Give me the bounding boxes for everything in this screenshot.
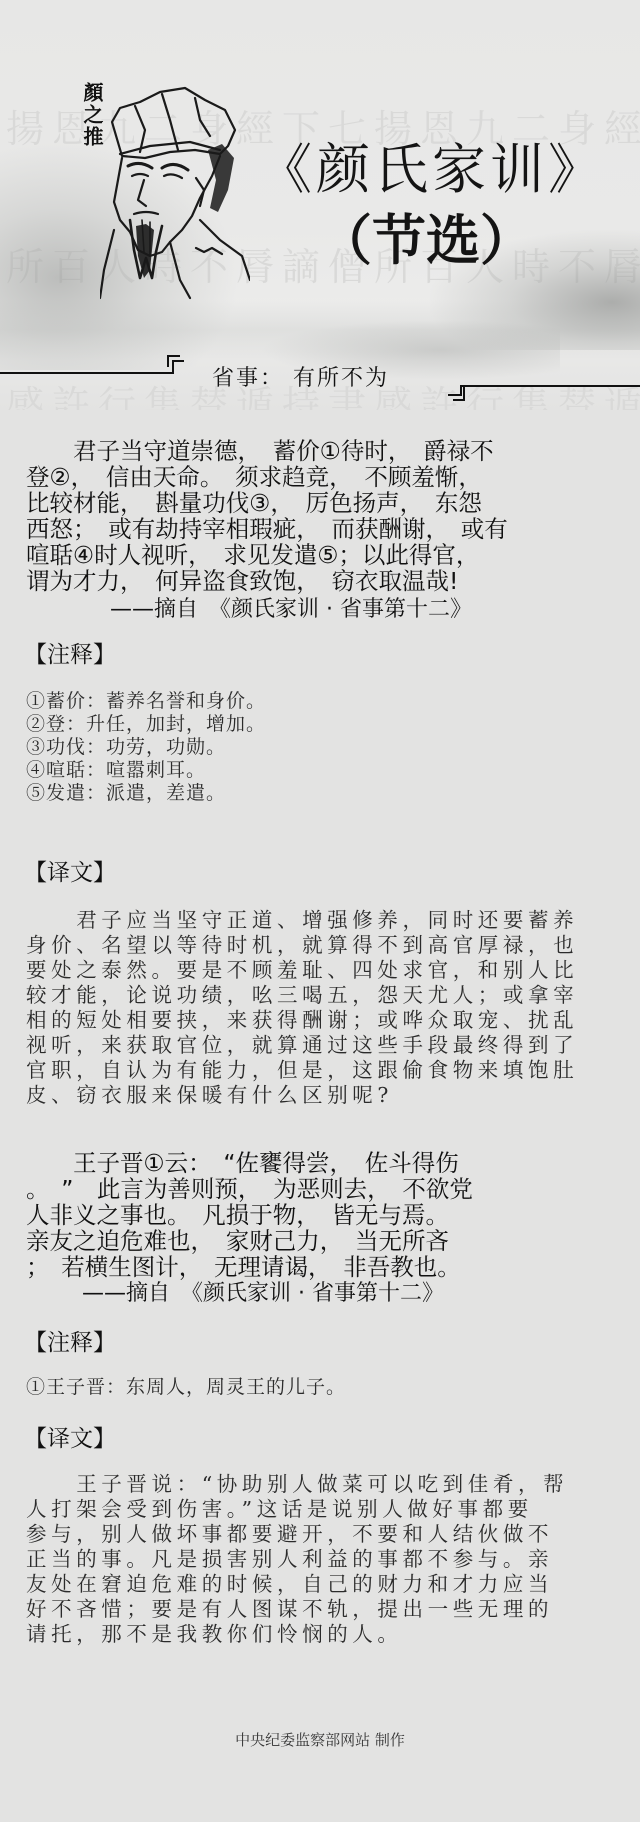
- text-line: 谓为才力， 何异盗食致饱， 窃衣取温哉!: [26, 568, 626, 594]
- chapter-title: 省事： 有所不为: [212, 364, 452, 394]
- divider-line-left: [0, 372, 172, 374]
- source-citation-1: ——摘自 《颜氏家训 · 省事第十二》: [110, 596, 630, 624]
- notes-heading-1: 【注释】: [24, 640, 116, 670]
- text-line: 要处之泰然。要是不顾羞耻、四处求官，和别人比: [26, 958, 626, 983]
- notes-heading-2: 【注释】: [24, 1328, 116, 1358]
- text-line: 比较材能， 斟量功伐③， 厉色扬声， 东怨: [26, 490, 626, 516]
- text-line: 视听，来获取官位，就算通过这些手段最终得到了: [26, 1033, 626, 1058]
- page-title: 《颜氏家训》: [258, 138, 618, 202]
- source-citation-2: ——摘自 《颜氏家训 · 省事第十二》: [82, 1280, 602, 1308]
- note-item: ②登：升任，加封，增加。: [26, 713, 526, 736]
- text-line: 人打架会受到伤害。”这话是说别人做好事都要: [26, 1497, 626, 1522]
- text-line: 君子应当坚守正道、增强修养，同时还要蓄养: [26, 908, 626, 933]
- text-line: 相的短处相要挟，来获得酬谢；或哗众取宠、扰乱: [26, 1008, 626, 1033]
- portrait-illustration: [100, 80, 250, 300]
- text-line: 皮、窃衣服来保暖有什么区别呢?: [26, 1083, 626, 1108]
- text-line: 亲友之迫危难也， 家财己力， 当无所吝: [26, 1228, 626, 1254]
- text-line: 友处在窘迫危难的时候，自己的财力和才力应当: [26, 1572, 626, 1597]
- text-line: 请托，那不是我教你们怜悯的人。: [26, 1622, 626, 1647]
- translation-heading-2: 【译文】: [24, 1424, 116, 1454]
- original-text-2: 王子晋①云： “佐饔得尝， 佐斗得伤 。 ” 此言为善则预， 为恶则去， 不欲党…: [26, 1150, 626, 1280]
- text-line: 参与，别人做坏事都要避开，不要和人结伙做不: [26, 1522, 626, 1547]
- text-line: ； 若横生图计， 无理请谒， 非吾教也。: [26, 1254, 626, 1280]
- divider-line-right: [460, 385, 640, 387]
- corner-bracket-close-inner: [453, 385, 465, 401]
- note-item: ③功伐：功劳，功勋。: [26, 736, 526, 759]
- header-banner: 揚恩九二身經下七揚恩九二身經下七 所百人時不脣謫僧所百人時不脣謫僧 感許行集替遁…: [0, 0, 640, 410]
- notes-list-1: ①蓄价：蓄养名誉和身价。 ②登：升任，加封，增加。 ③功伐：功劳，功勋。 ④喧聒…: [26, 690, 526, 805]
- footer-credit: 中央纪委监察部网站 制作: [0, 1730, 640, 1750]
- chapter-header: 省事： 有所不为: [0, 350, 640, 410]
- text-line: 王子晋说：“协助别人做菜可以吃到佳肴，帮: [26, 1472, 626, 1497]
- text-line: 登②， 信由天命。 须求趋竞， 不顾羞惭，: [26, 464, 626, 490]
- page-subtitle: （节选）: [318, 208, 518, 272]
- text-line: 喧聒④时人视听， 求见发遣⑤；以此得官，: [26, 542, 626, 568]
- portrait-label: 顏之推: [80, 82, 106, 148]
- original-text-1: 君子当守道崇德， 蓄价①待时， 爵禄不 登②， 信由天命。 须求趋竞， 不顾羞惭…: [26, 438, 626, 594]
- translation-text-2: 王子晋说：“协助别人做菜可以吃到佳肴，帮 人打架会受到伤害。”这话是说别人做好事…: [26, 1472, 626, 1647]
- note-item: ④喧聒：喧嚣刺耳。: [26, 759, 526, 782]
- text-line: 较才能，论说功绩，吆三喝五，怨天尤人；或拿宰: [26, 983, 626, 1008]
- text-line: 西怒； 或有劫持宰相瑕疵， 而获酬谢， 或有: [26, 516, 626, 542]
- text-line: 好不吝惜；要是有人图谋不轨，提出一些无理的: [26, 1597, 626, 1622]
- note-item: ①王子晋：东周人，周灵王的儿子。: [26, 1376, 526, 1399]
- text-line: 人非义之事也。 凡损于物， 皆无与焉。: [26, 1202, 626, 1228]
- notes-list-2: ①王子晋：东周人，周灵王的儿子。: [26, 1376, 526, 1399]
- translation-text-1: 君子应当坚守正道、增强修养，同时还要蓄养 身价、名望以等待时机，就算得不到高官厚…: [26, 908, 626, 1108]
- text-line: 官职，自认为有能力，但是，这跟偷食物来填饱肚: [26, 1058, 626, 1083]
- corner-bracket-open-inner: [172, 360, 184, 374]
- note-item: ⑤发遣：派遣，差遣。: [26, 782, 526, 805]
- text-line: 正当的事。凡是损害别人利益的事都不参与。亲: [26, 1547, 626, 1572]
- text-line: 君子当守道崇德， 蓄价①待时， 爵禄不: [26, 438, 626, 464]
- text-line: 王子晋①云： “佐饔得尝， 佐斗得伤: [26, 1150, 626, 1176]
- text-line: 身价、名望以等待时机，就算得不到高官厚禄，也: [26, 933, 626, 958]
- translation-heading-1: 【译文】: [24, 858, 116, 888]
- text-line: 。 ” 此言为善则预， 为恶则去， 不欲党: [26, 1176, 626, 1202]
- note-item: ①蓄价：蓄养名誉和身价。: [26, 690, 526, 713]
